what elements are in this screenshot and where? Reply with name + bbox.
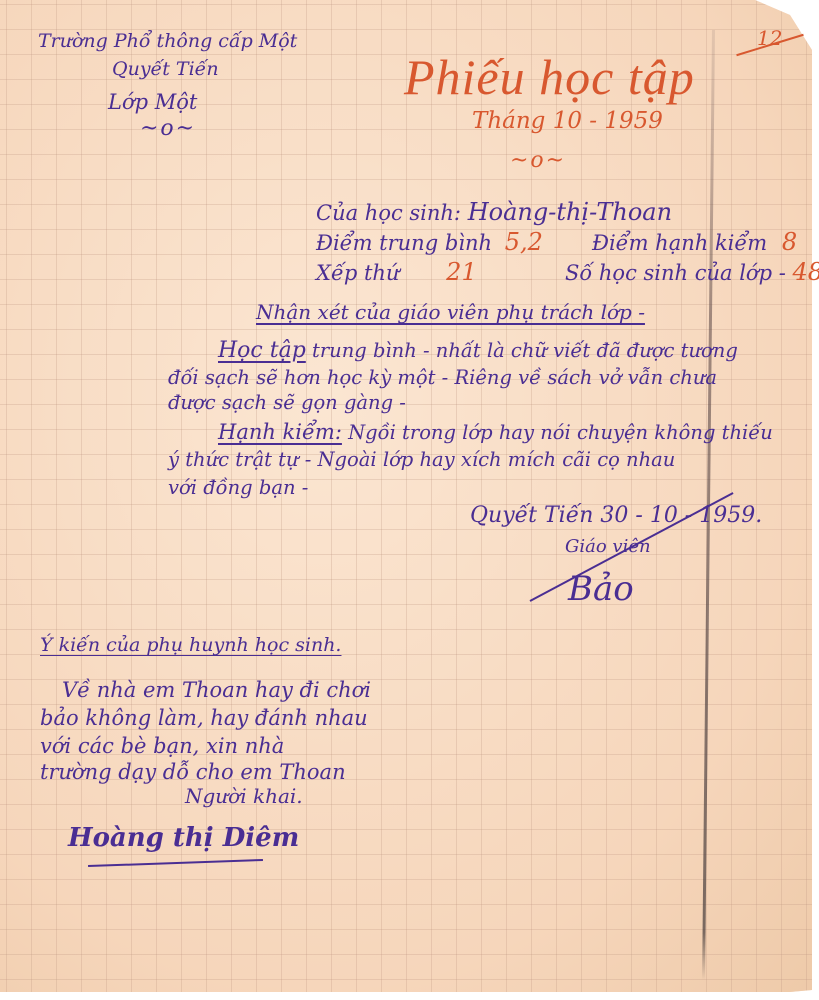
place-date: Quyết Tiến 30 - 10 - 1959.: [470, 505, 762, 527]
student-name-label: Của học sinh:: [316, 201, 461, 225]
study-line-2: đối sạch sẽ hơn học kỳ một - Riêng về sá…: [168, 368, 717, 388]
parent-line-4: trường dạy dỗ cho em Thoan: [40, 762, 346, 783]
document-subtitle: Tháng 10 - 1959: [472, 110, 663, 133]
title-flourish: ~o~: [510, 150, 566, 172]
conduct-score-value: 8: [782, 228, 797, 256]
conduct-line-1: Hạnh kiểm: Ngồi trong lớp hay nói chuyện…: [218, 422, 773, 443]
school-name: Trường Phổ thông cấp Một: [38, 32, 297, 51]
document-title: Phiếu học tập: [404, 52, 695, 102]
parent-line-2: bảo không làm, hay đánh nhau: [40, 708, 368, 729]
rank-row: Xếp thứ 21: [316, 260, 477, 284]
class-size-value: 48.: [792, 258, 819, 286]
class-size-label: Số học sinh của lớp -: [565, 261, 786, 285]
class-size-row: Số học sinh của lớp - 48.: [565, 260, 819, 284]
parent-line-3: với các bè bạn, xin nhà: [40, 736, 284, 757]
student-name-row: Của học sinh: Hoàng-thị-Thoan: [316, 200, 672, 224]
conduct-label: Hạnh kiểm:: [218, 420, 342, 444]
teacher-signature: Bảo: [568, 572, 634, 606]
study-label: Học tập: [218, 338, 306, 363]
avg-score-label: Điểm trung bình: [316, 231, 492, 255]
parent-line-1: Về nhà em Thoan hay đi chơi: [62, 680, 371, 701]
conduct-text-1: Ngồi trong lớp hay nói chuyện không thiế…: [342, 421, 773, 444]
rank-label: Xếp thứ: [316, 261, 399, 285]
school-location: Quyết Tiến: [112, 60, 219, 79]
conduct-line-2: ý thức trật tự - Ngoài lớp hay xích mích…: [168, 450, 675, 470]
conduct-line-3: với đồng bạn -: [168, 478, 308, 498]
parent-line-5: Người khai.: [185, 786, 303, 806]
rank-value: 21: [446, 258, 477, 286]
avg-score-value: 5,2: [505, 228, 543, 256]
avg-score-row: Điểm trung bình 5,2: [316, 230, 543, 254]
conduct-score-row: Điểm hạnh kiểm 8: [592, 230, 797, 254]
teacher-comment-heading: Nhận xét của giáo viên phụ trách lớp -: [256, 302, 645, 322]
class-name: Lớp Một: [108, 92, 197, 113]
signer-title: Giáo viên: [565, 538, 651, 556]
conduct-score-label: Điểm hạnh kiểm: [592, 231, 767, 255]
study-line-1: Học tập trung bình - nhất là chữ viết đã…: [218, 340, 738, 362]
header-flourish: ~o~: [140, 118, 196, 140]
study-text-1: trung bình - nhất là chữ viết đã được tư…: [306, 339, 738, 362]
study-line-3: được sạch sẽ gọn gàng -: [168, 393, 406, 413]
parent-signature: Hoàng thị Diêm: [68, 825, 299, 851]
parent-comment-heading: Ý kiến của phụ huynh học sinh.: [40, 636, 341, 655]
student-name: Hoàng-thị-Thoan: [468, 198, 672, 226]
